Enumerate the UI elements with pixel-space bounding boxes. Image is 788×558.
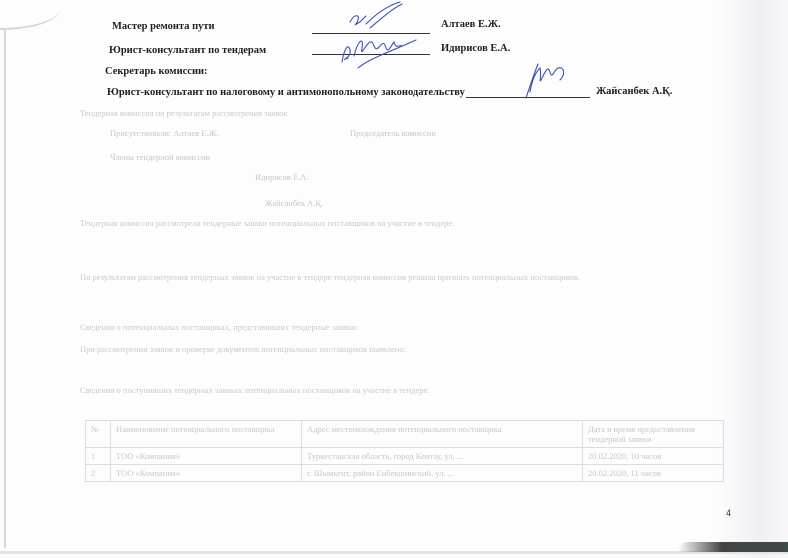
faded-paragraph: Тендерная комиссия рассмотрела тендерные… [80,218,700,229]
faded-line: Идирисов Е.А. [255,172,309,182]
faded-paragraph: При рассмотрении заявок и проверке докум… [80,344,700,355]
table-cell: 20.02.2020, 10 часов [583,448,724,465]
page-curl [0,0,60,30]
document-page: Тендерная комиссия по результатам рассмо… [0,0,788,558]
table-header-cell: Дата и время предоставления тендерной за… [583,421,724,448]
signature-icon [330,0,430,72]
table-cell: 2 [86,465,111,482]
faded-line: Жайсанбек А.Қ. [265,198,323,208]
page-number: 4 [726,508,731,518]
signatory-role: Юрист-консультант по тендерам [109,45,266,56]
signatory-name: Алтаев Е.Ж. [441,19,501,30]
faded-paragraph: Тендерная комиссия по результатам рассмо… [80,108,700,119]
faded-line: Присутствовали: Алтаев Е.Ж. [110,128,218,138]
signatory-role: Юрист-консультант по налоговому и антимо… [107,87,465,98]
table-cell: ТОО «Компания» [111,448,302,465]
table-header-cell: Наименование потенциального поставщика [111,421,302,448]
table-row: 1 ТОО «Компания» Туркестанская область, … [86,448,724,465]
table-header-cell: № [86,421,111,448]
table-cell: Туркестанская область, город Кентау, ул.… [302,448,583,465]
table-cell: 1 [86,448,111,465]
page-edge [4,28,6,548]
scan-edge-shadow [678,542,788,552]
table-cell: г. Шымкент, район Енбекшинский, ул. ... [302,465,583,482]
faded-line: Председатель комиссии [350,128,436,138]
table-row: 2 ТОО «Компания» г. Шымкент, район Енбек… [86,465,724,482]
faded-table: № Наименование потенциального поставщика… [85,420,724,482]
signatory-name: Идирисов Е.А. [441,43,510,54]
scan-edge [0,551,788,554]
faded-line: Члены тендерной комиссии [110,152,210,162]
signature-icon [520,58,580,100]
secretary-heading: Секретарь комиссии: [105,66,208,77]
scan-shadow [718,0,788,558]
table-header-cell: Адрес местонахождения потенциального пос… [302,421,583,448]
table-cell: 20.02.2020, 11 часов [583,465,724,482]
table-cell: ТОО «Компания» [111,465,302,482]
table-header-row: № Наименование потенциального поставщика… [86,421,724,448]
signatory-name: Жайсанбек А.Қ. [596,86,672,97]
faded-paragraph: Сведения о поступивших тендерных заявках… [80,385,700,396]
faded-paragraph: По результатам рассмотрения тендерных за… [80,272,700,283]
faded-paragraph: Сведения о потенциальных поставщиках, пр… [80,322,700,333]
signatory-role: Мастер ремонта пути [112,21,215,32]
